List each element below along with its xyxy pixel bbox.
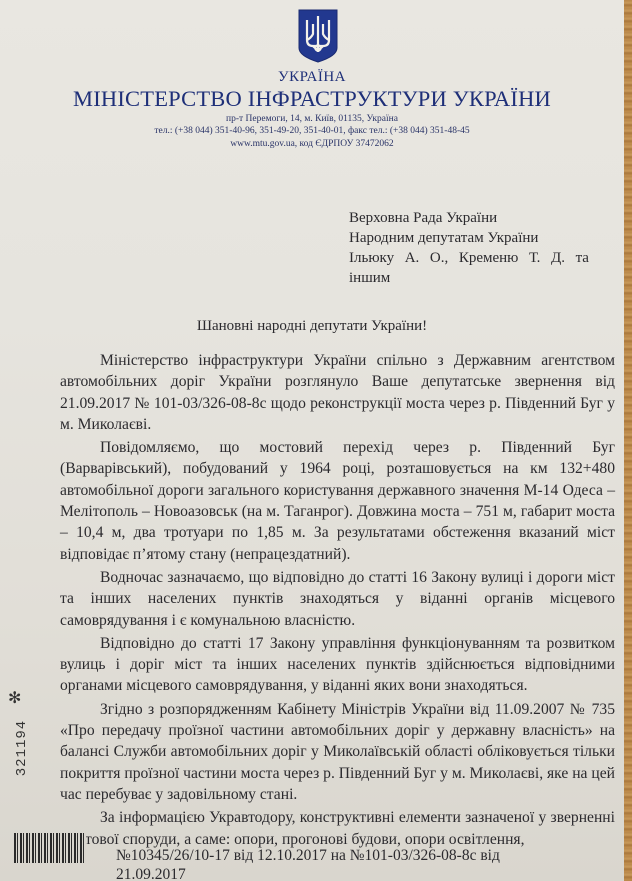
paragraph: Повідомляємо, що мостовий перехід через … bbox=[60, 437, 615, 565]
addressee-word: Д. bbox=[551, 248, 565, 268]
paragraph: Відповідно до статті 17 Закону управлінн… bbox=[60, 633, 615, 697]
addressee-line: іншим bbox=[349, 268, 599, 288]
letterhead-phones: тел.: (+38 044) 351-40-96, 351-49-20, 35… bbox=[0, 126, 624, 136]
addressee-word: Ільюку bbox=[349, 248, 394, 268]
paragraph: Згідно з розпорядженням Кабінету Міністр… bbox=[60, 699, 615, 805]
margin-serial-number: 321194 bbox=[14, 718, 30, 778]
registration-line: №10345/26/10-17 від 12.10.2017 на №101-0… bbox=[116, 846, 556, 865]
letterhead-address: пр-т Перемоги, 14, м. Київ, 01135, Украї… bbox=[0, 114, 624, 124]
addressee-block: Верховна Рада України Народним депутатам… bbox=[349, 208, 599, 288]
addressee-line: Народним депутатам України bbox=[349, 228, 599, 248]
paragraph: Водночас зазначаємо, що відповідно до ст… bbox=[60, 567, 615, 631]
letter-body: Міністерство інфраструктури України спіл… bbox=[60, 350, 615, 852]
greeting: Шановні народні депутати України! bbox=[0, 318, 624, 335]
asterisk-stamp-icon: ✻ bbox=[8, 688, 21, 708]
registration-reference: №10345/26/10-17 від 12.10.2017 на №101-0… bbox=[116, 846, 556, 881]
paragraph: Міністерство інфраструктури України спіл… bbox=[60, 350, 615, 435]
letterhead-ministry-name: МІНІСТЕРСТВО ІНФРАСТРУКТУРИ УКРАЇНИ bbox=[0, 86, 624, 112]
addressee-word: Кременю bbox=[459, 248, 519, 268]
addressee-line: Ільюку А. О., Кременю Т. Д. та bbox=[349, 248, 589, 268]
addressee-line: Верховна Рада України bbox=[349, 208, 599, 228]
paragraph: За інформацією Укравтодору, конструктивн… bbox=[60, 807, 615, 850]
addressee-word: та bbox=[576, 248, 589, 268]
cork-board-edge bbox=[624, 0, 632, 881]
letterhead-web-code: www.mtu.gov.ua, код ЄДРПОУ 37472062 bbox=[0, 139, 624, 149]
addressee-word: О., bbox=[430, 248, 448, 268]
letter-page: УКРАЇНА МІНІСТЕРСТВО ІНФРАСТРУКТУРИ УКРА… bbox=[0, 0, 624, 881]
registration-line: 21.09.2017 bbox=[116, 865, 556, 881]
trident-coat-of-arms-icon bbox=[297, 8, 339, 64]
letterhead-country: УКРАЇНА bbox=[0, 69, 624, 86]
addressee-word: А. bbox=[405, 248, 420, 268]
addressee-word: Т. bbox=[529, 248, 540, 268]
barcode-icon bbox=[14, 833, 86, 863]
